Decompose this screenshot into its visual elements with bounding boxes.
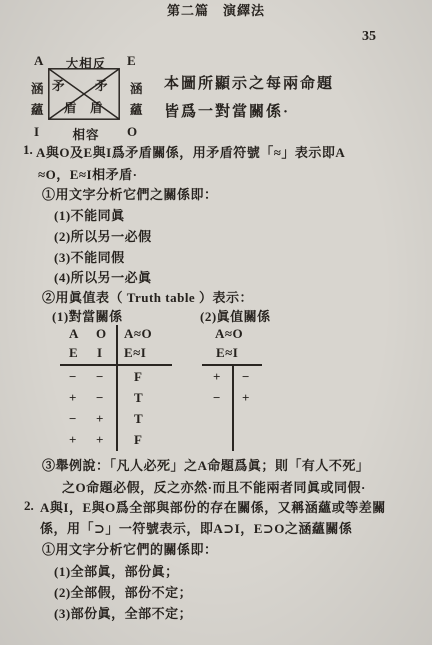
section2-analysis-item-2: (2)全部假，部份不定； <box>54 582 192 601</box>
diagram-caption-line2: 皆爲一對當關係· <box>164 100 290 121</box>
tt1-h1-c2: O <box>96 326 107 342</box>
diagram-corner-O: O <box>127 124 138 140</box>
tt1-h2-c2: I <box>97 345 103 361</box>
truth-table-truth-values-vline <box>232 364 234 451</box>
section1-line1: A與O及E與I爲矛盾關係，用矛盾符號「≈」表示即A <box>36 142 345 161</box>
tt1-r1-c3: F <box>134 369 142 385</box>
truth-table-truth-values: A≈O E≈I + − − + <box>202 325 264 451</box>
tt1-r2-c2: − <box>96 390 104 406</box>
section2-line2: 係，用「⊃」一符號表示，即A⊃I，E⊃O之涵蘊關係 <box>40 518 352 537</box>
square-of-opposition-diagram: A 大相反 E 涵 蘊 涵 蘊 矛 矛 盾 盾 I 相容 O <box>26 50 146 144</box>
diagram-corner-E: E <box>127 53 136 69</box>
running-head-chapter: 第二篇 <box>167 3 209 18</box>
section1-example-line2: 之O命題必假，反之亦然·而且不能兩者同眞或同假· <box>62 477 366 496</box>
running-head: 第二篇 演繹法 <box>0 0 432 19</box>
tt1-h2-c3: E≈I <box>124 345 146 361</box>
section2-analysis-item-3: (3)部份眞，全部不定； <box>54 603 192 622</box>
tt1-r3-c2: + <box>96 411 104 427</box>
section1-analysis-item-1: (1)不能同眞 <box>54 205 125 224</box>
diagram-left-label-char2: 蘊 <box>31 100 44 118</box>
tt1-r4-c3: F <box>134 432 142 448</box>
page-number: 35 <box>362 29 376 45</box>
tt2-r2-c1: − <box>213 390 221 406</box>
truth-table-opposition-vline <box>116 325 118 451</box>
tt1-r4-c2: + <box>96 432 104 448</box>
diagram-left-label-char1: 涵 <box>31 79 44 97</box>
tt1-r1-c1: − <box>69 369 77 385</box>
tt1-r3-c3: T <box>134 411 143 427</box>
diagram-corner-I: I <box>34 124 40 140</box>
section2-analysis-item-1: (1)全部眞，部份眞； <box>54 561 179 580</box>
tt1-h1-c1: A <box>69 326 79 342</box>
diagram-bottom-label: 相容 <box>50 125 122 143</box>
tt2-r1-c1: + <box>213 369 221 385</box>
section1-analysis-heading: ①用文字分析它們之關係即： <box>42 184 218 203</box>
tt2-r1-c2: − <box>242 369 250 385</box>
section2-line1: A與I，E與O爲全部與部份的存在關係，又稱涵蘊或等差關 <box>40 497 386 516</box>
diagram-corner-A: A <box>34 53 44 69</box>
diagram-right-label-char1: 涵 <box>130 79 143 97</box>
section1-table-heading: ②用眞值表（ Truth table ）表示： <box>42 287 253 306</box>
tt1-r3-c1: − <box>69 411 77 427</box>
section1-line2: ≈O，E≈I相矛盾· <box>38 164 137 183</box>
tt2-h2: E≈I <box>216 345 238 361</box>
tt1-h2-c1: E <box>69 345 78 361</box>
book-page: 第二篇 演繹法 35 A 大相反 E 涵 蘊 涵 蘊 矛 矛 盾 盾 I 相容 … <box>0 0 432 645</box>
diagram-inner-contradiction-bl: 盾 <box>64 98 77 116</box>
tt1-r2-c3: T <box>134 390 143 406</box>
diagram-right-label-char2: 蘊 <box>130 100 143 118</box>
tt1-r1-c2: − <box>96 369 104 385</box>
running-head-title: 演繹法 <box>223 3 265 18</box>
section1-analysis-item-4: (4)所以另一必眞 <box>54 267 152 286</box>
diagram-inner-contradiction-br: 盾 <box>90 98 103 116</box>
section2-number: 2. <box>24 498 34 514</box>
truth-table-right-caption: (2)眞值關係 <box>200 306 271 325</box>
diagram-caption-line1: 本圖所顯示之每兩命題 <box>164 72 334 93</box>
tt1-r4-c1: + <box>69 432 77 448</box>
tt2-h1: A≈O <box>215 326 243 342</box>
section1-example-line1: ③舉例說：「凡人必死」之A命題爲眞；則「有人不死」 <box>42 455 369 474</box>
truth-table-left-caption: (1)對當關係 <box>52 306 123 325</box>
tt1-h1-c3: A≈O <box>124 326 152 342</box>
diagram-inner-contradiction-tr: 矛 <box>95 76 108 94</box>
section1-number: 1. <box>23 142 33 158</box>
tt2-r2-c2: + <box>242 390 250 406</box>
tt1-r2-c1: + <box>69 390 77 406</box>
truth-table-opposition-hline <box>60 364 172 366</box>
diagram-box: 矛 矛 盾 盾 <box>48 68 120 120</box>
section1-analysis-item-2: (2)所以另一必假 <box>54 226 152 245</box>
truth-table-opposition: A O A≈O E I E≈I − − F + − T − + T + + F <box>60 325 174 451</box>
section2-analysis-heading: ①用文字分析它們的關係即： <box>42 539 218 558</box>
section1-analysis-item-3: (3)不能同假 <box>54 247 125 266</box>
diagram-inner-contradiction-tl: 矛 <box>52 76 65 94</box>
